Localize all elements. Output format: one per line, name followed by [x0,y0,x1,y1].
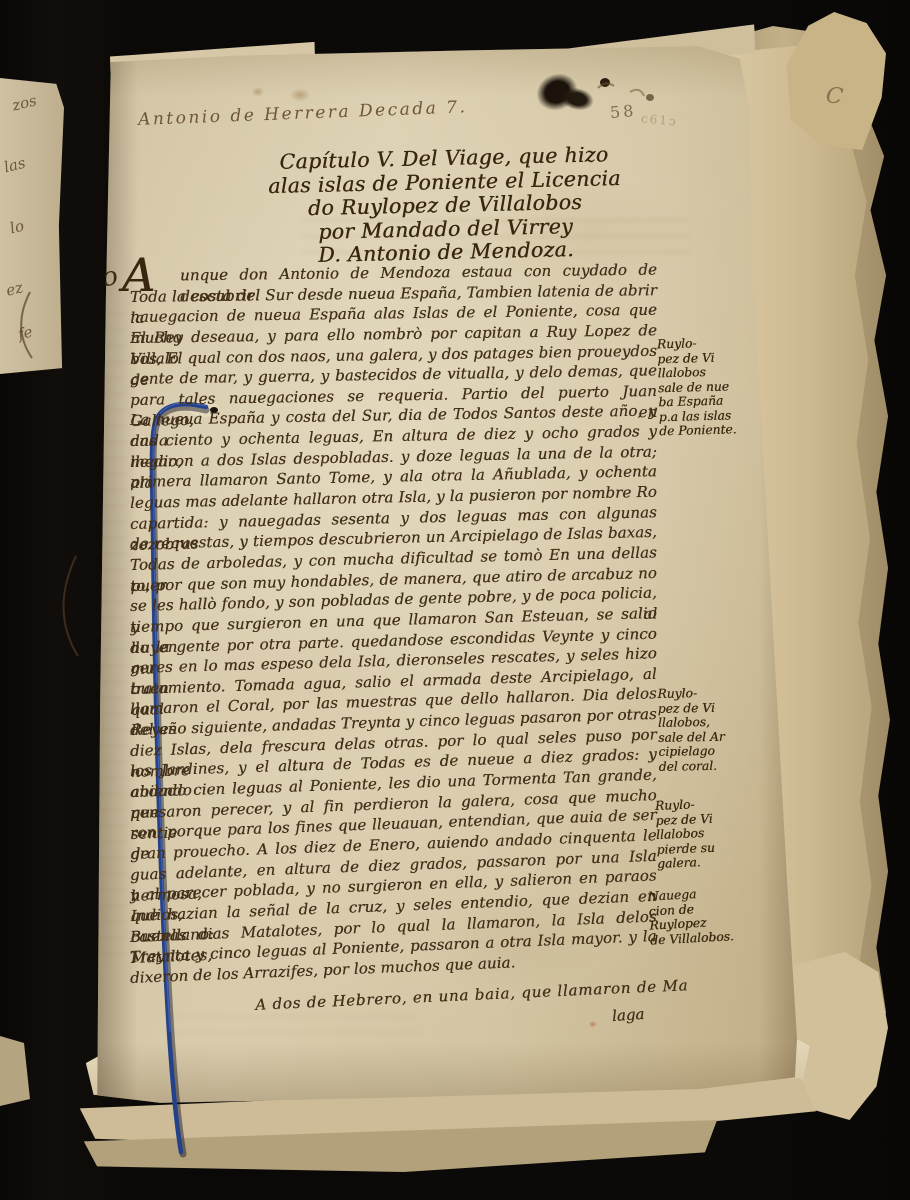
edge-letter: C [824,83,844,110]
ink-spot [646,94,654,101]
folio-number: 58 [609,101,637,122]
chapter-title: Capítulo V. Del Viage, que hizoalas isla… [227,142,664,270]
handwriting-fragment: ez [4,278,25,300]
handwriting-fragment: fe [16,323,34,344]
handwriting-fragment: lo [8,217,26,238]
ink-spot [600,78,610,87]
handwriting-fragment: zos [10,91,38,114]
previous-page-corner [0,1036,30,1106]
manuscript-scan: zoslasloezfe Antonio de Herrera Decada 7… [0,0,910,1200]
body-text: unque don Antonio de Mendoza estaua con … [130,266,657,988]
previous-page-sliver: zoslasloezfe [0,78,64,374]
handwriting-fragment: las [2,154,27,177]
pen-flourish [64,556,79,656]
catchword: laga [611,1005,644,1025]
